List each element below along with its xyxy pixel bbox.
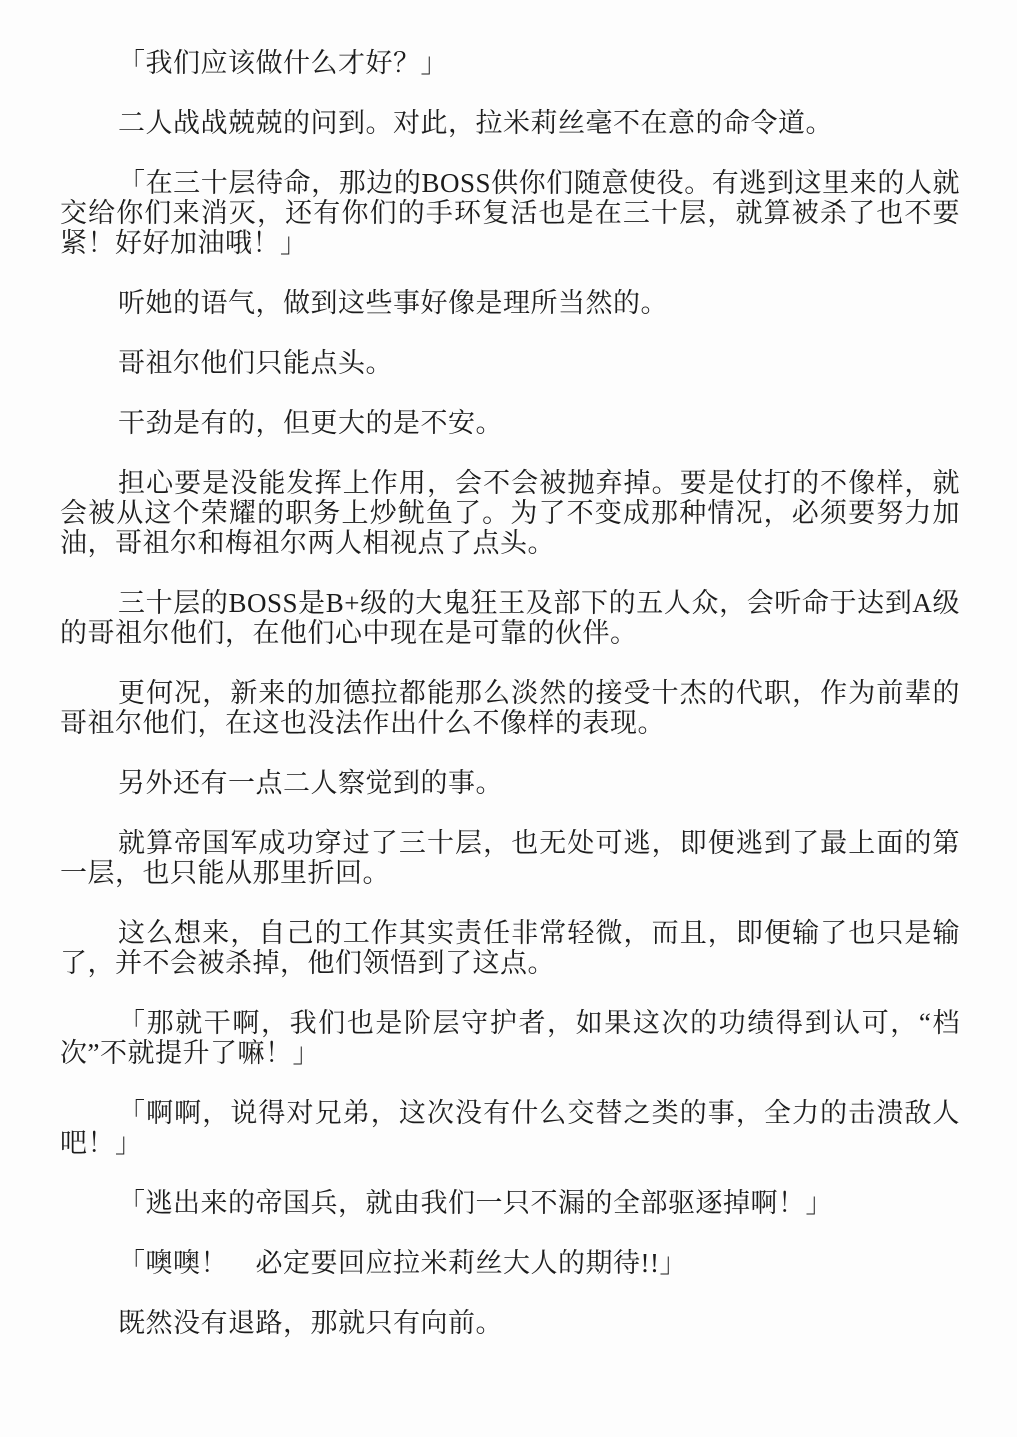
- paragraph: 另外还有一点二人察觉到的事。: [60, 768, 960, 798]
- novel-text-page: 「我们应该做什么才好？」 二人战战兢兢的问到。对此，拉米莉丝毫不在意的命令道。 …: [0, 0, 1017, 1437]
- paragraph: 「啊啊，说得对兄弟，这次没有什么交替之类的事，全力的击溃敌人吧！」: [60, 1098, 960, 1158]
- paragraph: 干劲是有的，但更大的是不安。: [60, 408, 960, 438]
- paragraph: 就算帝国军成功穿过了三十层，也无处可逃，即便逃到了最上面的第一层，也只能从那里折…: [60, 828, 960, 888]
- paragraph: 更何况，新来的加德拉都能那么淡然的接受十杰的代职，作为前辈的哥祖尔他们，在这也没…: [60, 678, 960, 738]
- paragraph: 听她的语气，做到这些事好像是理所当然的。: [60, 288, 960, 318]
- paragraph: 担心要是没能发挥上作用，会不会被抛弃掉。要是仗打的不像样，就会被从这个荣耀的职务…: [60, 468, 960, 558]
- paragraph: 既然没有退路，那就只有向前。: [60, 1308, 960, 1338]
- paragraph: 「在三十层待命，那边的BOSS供你们随意使役。有逃到这里来的人就交给你们来消灭，…: [60, 168, 960, 258]
- paragraph: 「我们应该做什么才好？」: [60, 48, 960, 78]
- paragraph: 二人战战兢兢的问到。对此，拉米莉丝毫不在意的命令道。: [60, 108, 960, 138]
- paragraph: 「逃出来的帝国兵，就由我们一只不漏的全部驱逐掉啊！」: [60, 1188, 960, 1218]
- paragraph: 三十层的BOSS是B+级的大鬼狂王及部下的五人众，会听命于达到A级的哥祖尔他们，…: [60, 588, 960, 648]
- paragraph: 「噢噢！ 必定要回应拉米莉丝大人的期待!!」: [60, 1248, 960, 1278]
- paragraph: 哥祖尔他们只能点头。: [60, 348, 960, 378]
- paragraph: 「那就干啊，我们也是阶层守护者，如果这次的功绩得到认可，“档次”不就提升了嘛！」: [60, 1008, 960, 1068]
- paragraph: 这么想来，自己的工作其实责任非常轻微，而且，即便输了也只是输了，并不会被杀掉，他…: [60, 918, 960, 978]
